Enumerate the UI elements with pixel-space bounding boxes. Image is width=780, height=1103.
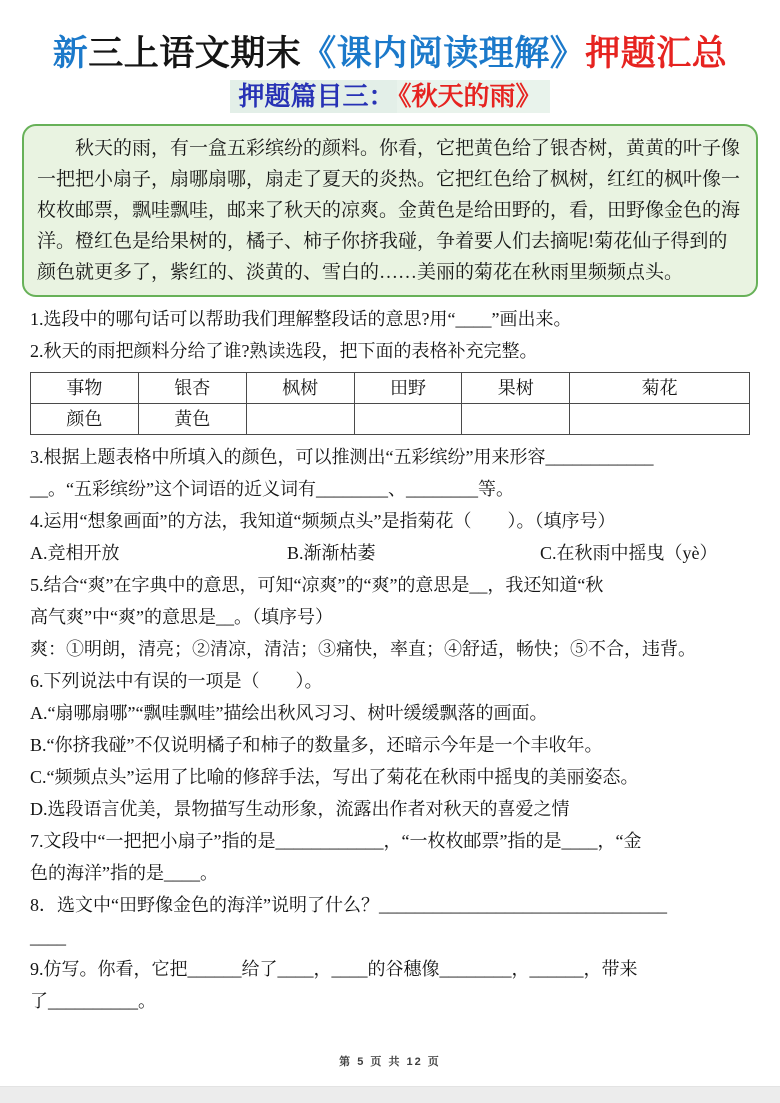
- question-5-definitions: 爽：①明朗，清亮；②清凉，清洁；③痛快，率直；④舒适，畅快；⑤不合，违背。: [30, 633, 750, 665]
- question-8-line2: ____: [30, 921, 750, 953]
- question-3-line2: __。“五彩缤纷”这个词语的近义词有________、________等。: [30, 473, 750, 505]
- table-cell-blank: [354, 403, 462, 434]
- passage-text: 秋天的雨，有一盒五彩缤纷的颜料。你看，它把黄色给了银杏树，黄黄的叶子像一把把小扇…: [37, 133, 743, 288]
- page-subtitle: 押题篇目三：《秋天的雨》: [0, 80, 780, 114]
- question-7-line2: 色的海洋”指的是____。: [30, 857, 750, 889]
- page-number: 第 5 页 共 12 页: [0, 1053, 780, 1069]
- table-cell: 枫树: [246, 372, 354, 403]
- question-4-options: A.竞相开放 B.渐渐枯萎 C.在秋雨中摇曳（yè）: [30, 537, 750, 569]
- page-title: 新三上语文期末《课内阅读理解》押题汇总: [0, 0, 780, 73]
- question-6: 6.下列说法中有误的一项是（ ）。: [30, 665, 750, 697]
- q6-option-b: B.“你挤我碰”不仅说明橘子和柿子的数量多，还暗示今年是一个丰收年。: [30, 729, 750, 761]
- question-8-line1: 8．选文中“田野像金色的海洋”说明了什么？___________________…: [30, 889, 750, 921]
- q6-option-a: A.“扇哪扇哪”“飘哇飘哇”描绘出秋风习习、树叶缓缓飘落的画面。: [30, 697, 750, 729]
- question-7-line1: 7.文段中“一把把小扇子”指的是____________，“一枚枚邮票”指的是_…: [30, 825, 750, 857]
- title-part-suffix: 押题汇总: [585, 34, 727, 73]
- questions-section: 1.选段中的哪句话可以帮助我们理解整段话的意思?用“____”画出来。 2.秋天…: [30, 303, 750, 1017]
- question-2: 2.秋天的雨把颜料分给了谁?熟读选段，把下面的表格补充完整。: [30, 335, 750, 367]
- title-part-book: 《课内阅读理解》: [301, 34, 585, 73]
- table-cell: 黄色: [138, 403, 246, 434]
- question-9-line1: 9.仿写。你看，它把______给了____，____的谷穗像________，…: [30, 953, 750, 985]
- color-fill-table: 事物 银杏 枫树 田野 果树 菊花 颜色 黄色: [30, 372, 750, 435]
- subtitle-label: 押题篇目三：: [230, 80, 396, 113]
- q6-option-d: D.选段语言优美，景物描写生动形象，流露出作者对秋天的喜爱之情: [30, 793, 750, 825]
- table-cell-blank: [246, 403, 354, 434]
- table-cell-blank: [570, 403, 750, 434]
- table-cell: 田野: [354, 372, 462, 403]
- q4-option-b: B.渐渐枯萎: [287, 537, 540, 569]
- table-cell: 事物: [31, 372, 139, 403]
- question-5-line2: 高气爽”中“爽”的意思是__。（填序号）: [30, 601, 750, 633]
- passage-box: 秋天的雨，有一盒五彩缤纷的颜料。你看，它把黄色给了银杏树，黄黄的叶子像一把把小扇…: [22, 124, 758, 297]
- table-row-things: 事物 银杏 枫树 田野 果树 菊花: [31, 372, 750, 403]
- question-9-line2: 了__________。: [30, 985, 750, 1017]
- table-cell-blank: [462, 403, 570, 434]
- table-cell: 菊花: [570, 372, 750, 403]
- table-row-colors: 颜色 黄色: [31, 403, 750, 434]
- table-cell: 果树: [462, 372, 570, 403]
- q4-option-a: A.竞相开放: [30, 537, 287, 569]
- question-1: 1.选段中的哪句话可以帮助我们理解整段话的意思?用“____”画出来。: [30, 303, 750, 335]
- question-3-line1: 3.根据上题表格中所填入的颜色，可以推测出“五彩缤纷”用来形容_________…: [30, 441, 750, 473]
- table-cell: 颜色: [31, 403, 139, 434]
- bottom-margin-strip: [0, 1086, 780, 1103]
- subtitle-book-title: 《秋天的雨》: [397, 80, 550, 113]
- table-cell: 银杏: [138, 372, 246, 403]
- q4-option-c: C.在秋雨中摇曳（yè）: [540, 537, 750, 569]
- worksheet-page: 新三上语文期末《课内阅读理解》押题汇总 押题篇目三：《秋天的雨》 秋天的雨，有一…: [0, 0, 780, 1103]
- title-part-grade: 三上语文期末: [88, 34, 301, 73]
- question-5-line1: 5.结合“爽”在字典中的意思，可知“凉爽”的“爽”的意思是__，我还知道“秋: [30, 569, 750, 601]
- title-part-new: 新: [53, 34, 89, 73]
- q6-option-c: C.“频频点头”运用了比喻的修辞手法，写出了菊花在秋雨中摇曳的美丽姿态。: [30, 761, 750, 793]
- question-4: 4.运用“想象画面”的方法，我知道“频频点头”是指菊花（ ）。（填序号）: [30, 505, 750, 537]
